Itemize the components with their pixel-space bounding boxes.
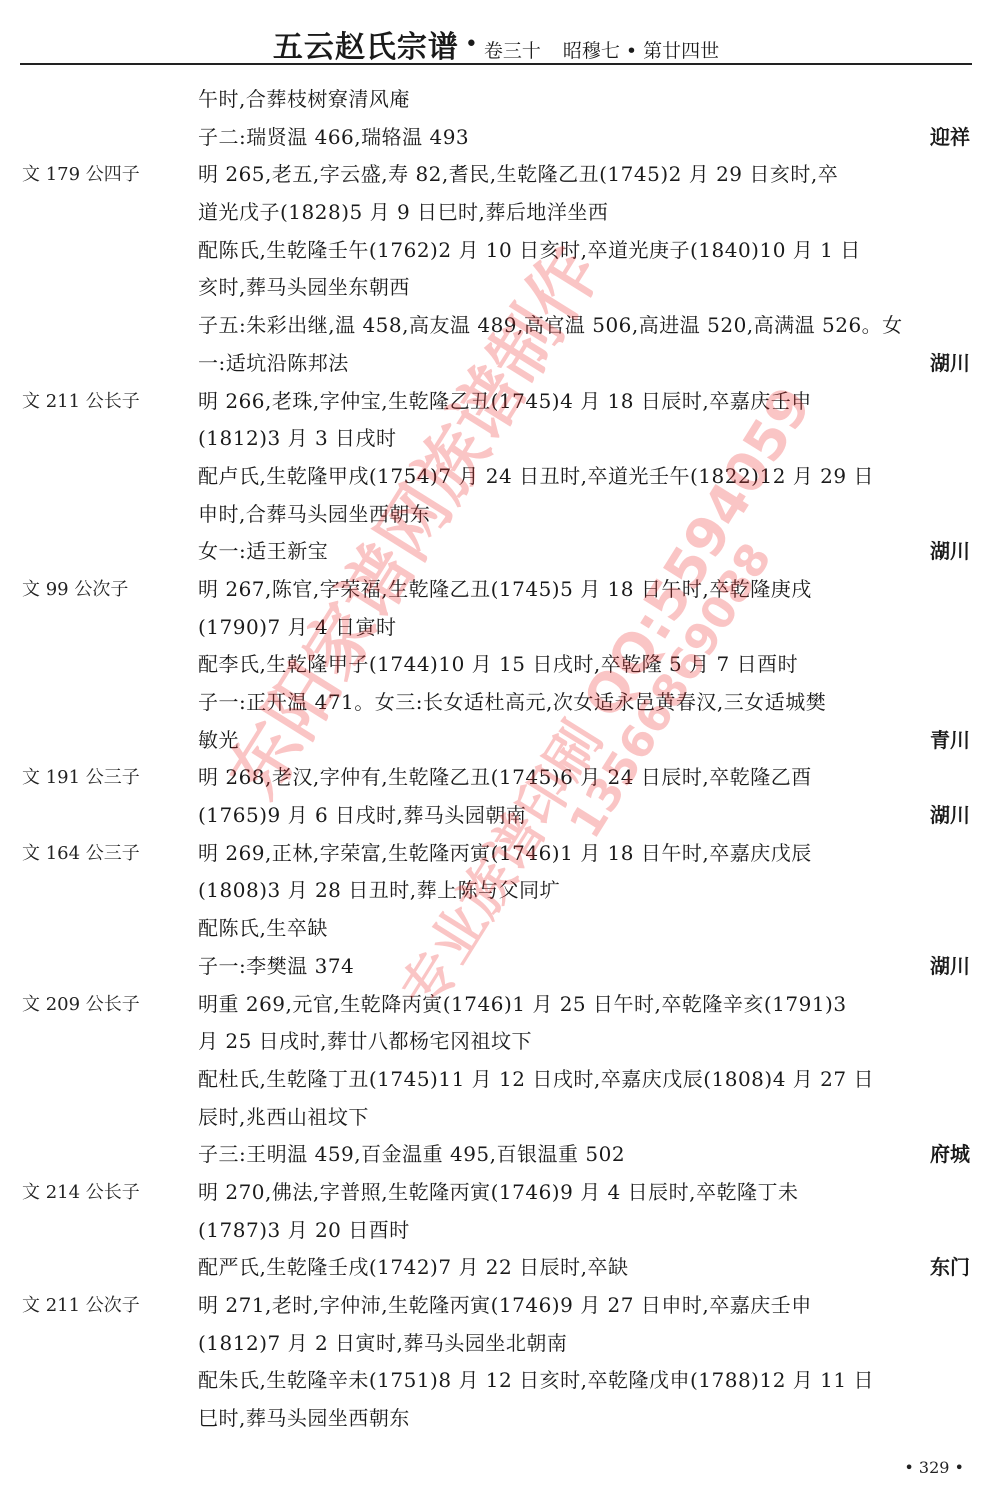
entry-line: 配卢氏,生乾隆甲戌(1754)7 月 24 日丑时,卒道光壬午(1822)12 … <box>0 458 992 496</box>
lineage-label: 文 164 公三子 <box>22 835 140 873</box>
lineage-label: 文 211 公次子 <box>22 1287 140 1325</box>
entry-line: 子一:李樊温 374湖川 <box>0 948 992 986</box>
entry-line: 子五:朱彩出继,温 458,高友温 489,高官温 506,高进温 520,高满… <box>0 307 992 345</box>
entry-line: (1790)7 月 4 日寅时 <box>0 609 992 647</box>
entry-text: 辰时,兆西山祖坟下 <box>198 1099 970 1137</box>
entry-line: 午时,合葬枝树寮清风庵 <box>0 81 992 119</box>
entry-text: 申时,合葬马头园坐西朝东 <box>198 496 970 534</box>
entry-line: 女一:适王新宝湖川 <box>0 533 992 571</box>
entry-line: 配陈氏,生乾隆壬午(1762)2 月 10 日亥时,卒道光庚子(1840)10 … <box>0 232 992 270</box>
entry-text: 明 268,老汉,字仲有,生乾隆乙丑(1745)6 月 24 日辰时,卒乾隆乙酉 <box>198 759 970 797</box>
entry-text: 明 271,老时,字仲沛,生乾隆丙寅(1746)9 月 27 日申时,卒嘉庆壬申 <box>198 1287 970 1325</box>
lineage-label: 文 211 公长子 <box>22 383 140 421</box>
entry-text: 子二:瑞贤温 466,瑞辂温 493 <box>198 119 970 157</box>
entry-line: 配李氏,生乾隆甲子(1744)10 月 15 日戌时,卒乾隆 5 月 7 日酉时 <box>0 646 992 684</box>
entry-line: 配严氏,生乾隆壬戌(1742)7 月 22 日辰时,卒缺东门 <box>0 1249 992 1287</box>
entry-text: 明 265,老五,字云盛,寿 82,耆民,生乾隆乙丑(1745)2 月 29 日… <box>198 156 970 194</box>
entry-line: 辰时,兆西山祖坟下 <box>0 1099 992 1137</box>
entry-line: (1812)7 月 2 日寅时,葬马头园坐北朝南 <box>0 1325 992 1363</box>
entry-text: 配李氏,生乾隆甲子(1744)10 月 15 日戌时,卒乾隆 5 月 7 日酉时 <box>198 646 970 684</box>
entry-text: 巳时,葬马头园坐西朝东 <box>198 1400 970 1438</box>
entry-line: 道光戊子(1828)5 月 9 日巳时,葬后地洋坐西 <box>0 194 992 232</box>
entry-line: 一:适坑沿陈邦法湖川 <box>0 345 992 383</box>
book-title: 五云赵氏宗谱 <box>273 30 459 65</box>
entry-text: 子一:李樊温 374 <box>198 948 970 986</box>
entry-text: 午时,合葬枝树寮清风庵 <box>198 81 970 119</box>
entry-text: 配陈氏,生乾隆壬午(1762)2 月 10 日亥时,卒道光庚子(1840)10 … <box>198 232 970 270</box>
lineage-label: 文 99 公次子 <box>22 571 128 609</box>
entry-text: 明重 269,元官,生乾降丙寅(1746)1 月 25 日午时,卒乾隆辛亥(17… <box>198 986 970 1024</box>
entry-text: 子一:正开温 471。女三:长女适杜高元,次女适永邑黄春汉,三女适城樊 <box>198 684 970 722</box>
section-label: 昭穆七 • 第廿四世 <box>563 40 719 62</box>
entry-text: 敏光 <box>198 722 970 760</box>
page-header: 五云赵氏宗谱•卷三十昭穆七 • 第廿四世 <box>0 22 992 62</box>
lineage-label: 文 214 公长子 <box>22 1174 140 1212</box>
entry-text: 月 25 日戌时,葬廿八都杨宅冈祖坟下 <box>198 1023 970 1061</box>
residence-label: 迎祥 <box>930 119 970 157</box>
entry-text: 明 266,老珠,字仲宝,生乾隆乙丑(1745)4 月 18 日辰时,卒嘉庆壬申 <box>198 383 970 421</box>
entry-line: 配朱氏,生乾隆辛未(1751)8 月 12 日亥时,卒乾隆戊申(1788)12 … <box>0 1362 992 1400</box>
entry-text: 配严氏,生乾隆壬戌(1742)7 月 22 日辰时,卒缺 <box>198 1249 970 1287</box>
entry-line: 文 214 公长子明 270,佛法,字普照,生乾隆丙寅(1746)9 月 4 日… <box>0 1174 992 1212</box>
residence-label: 东门 <box>930 1249 970 1287</box>
entry-line: (1765)9 月 6 日戌时,葬马头园朝南湖川 <box>0 797 992 835</box>
entry-line: 子一:正开温 471。女三:长女适杜高元,次女适永邑黄春汉,三女适城樊 <box>0 684 992 722</box>
lineage-label: 文 209 公长子 <box>22 986 140 1024</box>
entry-line: 配杜氏,生乾隆丁丑(1745)11 月 12 日戌时,卒嘉庆戊辰(1808)4 … <box>0 1061 992 1099</box>
entry-line: 文 179 公四子明 265,老五,字云盛,寿 82,耆民,生乾隆乙丑(1745… <box>0 156 992 194</box>
entry-text: 配陈氏,生卒缺 <box>198 910 970 948</box>
entry-line: (1808)3 月 28 日丑时,葬上陈与父同圹 <box>0 872 992 910</box>
entry-text: 明 270,佛法,字普照,生乾隆丙寅(1746)9 月 4 日辰时,卒乾隆丁未 <box>198 1174 970 1212</box>
lineage-label: 文 179 公四子 <box>22 156 140 194</box>
volume-label: 卷三十 <box>484 40 541 62</box>
entry-text: 明 269,正林,字荣富,生乾隆丙寅(1746)1 月 18 日午时,卒嘉庆戊辰 <box>198 835 970 873</box>
entry-text: (1787)3 月 20 日酉时 <box>198 1212 970 1250</box>
entry-text: (1790)7 月 4 日寅时 <box>198 609 970 647</box>
entry-text: 子三:王明温 459,百金温重 495,百银温重 502 <box>198 1136 970 1174</box>
entry-line: (1812)3 月 3 日戌时 <box>0 420 992 458</box>
entry-line: 月 25 日戌时,葬廿八都杨宅冈祖坟下 <box>0 1023 992 1061</box>
header-rule <box>20 63 972 65</box>
entry-line: 申时,合葬马头园坐西朝东 <box>0 496 992 534</box>
entry-line: 文 164 公三子明 269,正林,字荣富,生乾隆丙寅(1746)1 月 18 … <box>0 835 992 873</box>
entry-line: 敏光青川 <box>0 722 992 760</box>
entry-line: 文 211 公长子明 266,老珠,字仲宝,生乾隆乙丑(1745)4 月 18 … <box>0 383 992 421</box>
genealogy-entries: 午时,合葬枝树寮清风庵子二:瑞贤温 466,瑞辂温 493迎祥文 179 公四子… <box>0 81 992 1438</box>
residence-label: 湖川 <box>930 345 970 383</box>
entry-line: 巳时,葬马头园坐西朝东 <box>0 1400 992 1438</box>
entry-line: 文 211 公次子明 271,老时,字仲沛,生乾隆丙寅(1746)9 月 27 … <box>0 1287 992 1325</box>
entry-text: (1808)3 月 28 日丑时,葬上陈与父同圹 <box>198 872 970 910</box>
residence-label: 湖川 <box>930 533 970 571</box>
residence-label: 湖川 <box>930 797 970 835</box>
entry-text: 亥时,葬马头园坐东朝西 <box>198 269 970 307</box>
entry-line: 文 191 公三子明 268,老汉,字仲有,生乾隆乙丑(1745)6 月 24 … <box>0 759 992 797</box>
entry-line: (1787)3 月 20 日酉时 <box>0 1212 992 1250</box>
entry-text: (1765)9 月 6 日戌时,葬马头园朝南 <box>198 797 970 835</box>
entry-text: 女一:适王新宝 <box>198 533 970 571</box>
entry-text: 子五:朱彩出继,温 458,高友温 489,高官温 506,高进温 520,高满… <box>198 307 970 345</box>
entry-line: 配陈氏,生卒缺 <box>0 910 992 948</box>
entry-line: 文 209 公长子明重 269,元官,生乾降丙寅(1746)1 月 25 日午时… <box>0 986 992 1024</box>
entry-text: 一:适坑沿陈邦法 <box>198 345 970 383</box>
entry-text: 明 267,陈官,字荣福,生乾隆乙丑(1745)5 月 18 日午时,卒乾隆庚戌 <box>198 571 970 609</box>
entry-text: 配杜氏,生乾隆丁丑(1745)11 月 12 日戌时,卒嘉庆戊辰(1808)4 … <box>198 1061 970 1099</box>
residence-label: 府城 <box>930 1136 970 1174</box>
residence-label: 湖川 <box>930 948 970 986</box>
entry-line: 子二:瑞贤温 466,瑞辂温 493迎祥 <box>0 119 992 157</box>
entry-text: (1812)7 月 2 日寅时,葬马头园坐北朝南 <box>198 1325 970 1363</box>
entry-line: 子三:王明温 459,百金温重 495,百银温重 502府城 <box>0 1136 992 1174</box>
entry-text: (1812)3 月 3 日戌时 <box>198 420 970 458</box>
entry-text: 道光戊子(1828)5 月 9 日巳时,葬后地洋坐西 <box>198 194 970 232</box>
lineage-label: 文 191 公三子 <box>22 759 140 797</box>
entry-text: 配朱氏,生乾隆辛未(1751)8 月 12 日亥时,卒乾隆戊申(1788)12 … <box>198 1362 970 1400</box>
entry-line: 文 99 公次子明 267,陈官,字荣福,生乾隆乙丑(1745)5 月 18 日… <box>0 571 992 609</box>
title-separator: • <box>465 32 478 57</box>
entry-text: 配卢氏,生乾隆甲戌(1754)7 月 24 日丑时,卒道光壬午(1822)12 … <box>198 458 970 496</box>
page-number: • 329 • <box>904 1458 964 1477</box>
residence-label: 青川 <box>930 722 970 760</box>
entry-line: 亥时,葬马头园坐东朝西 <box>0 269 992 307</box>
